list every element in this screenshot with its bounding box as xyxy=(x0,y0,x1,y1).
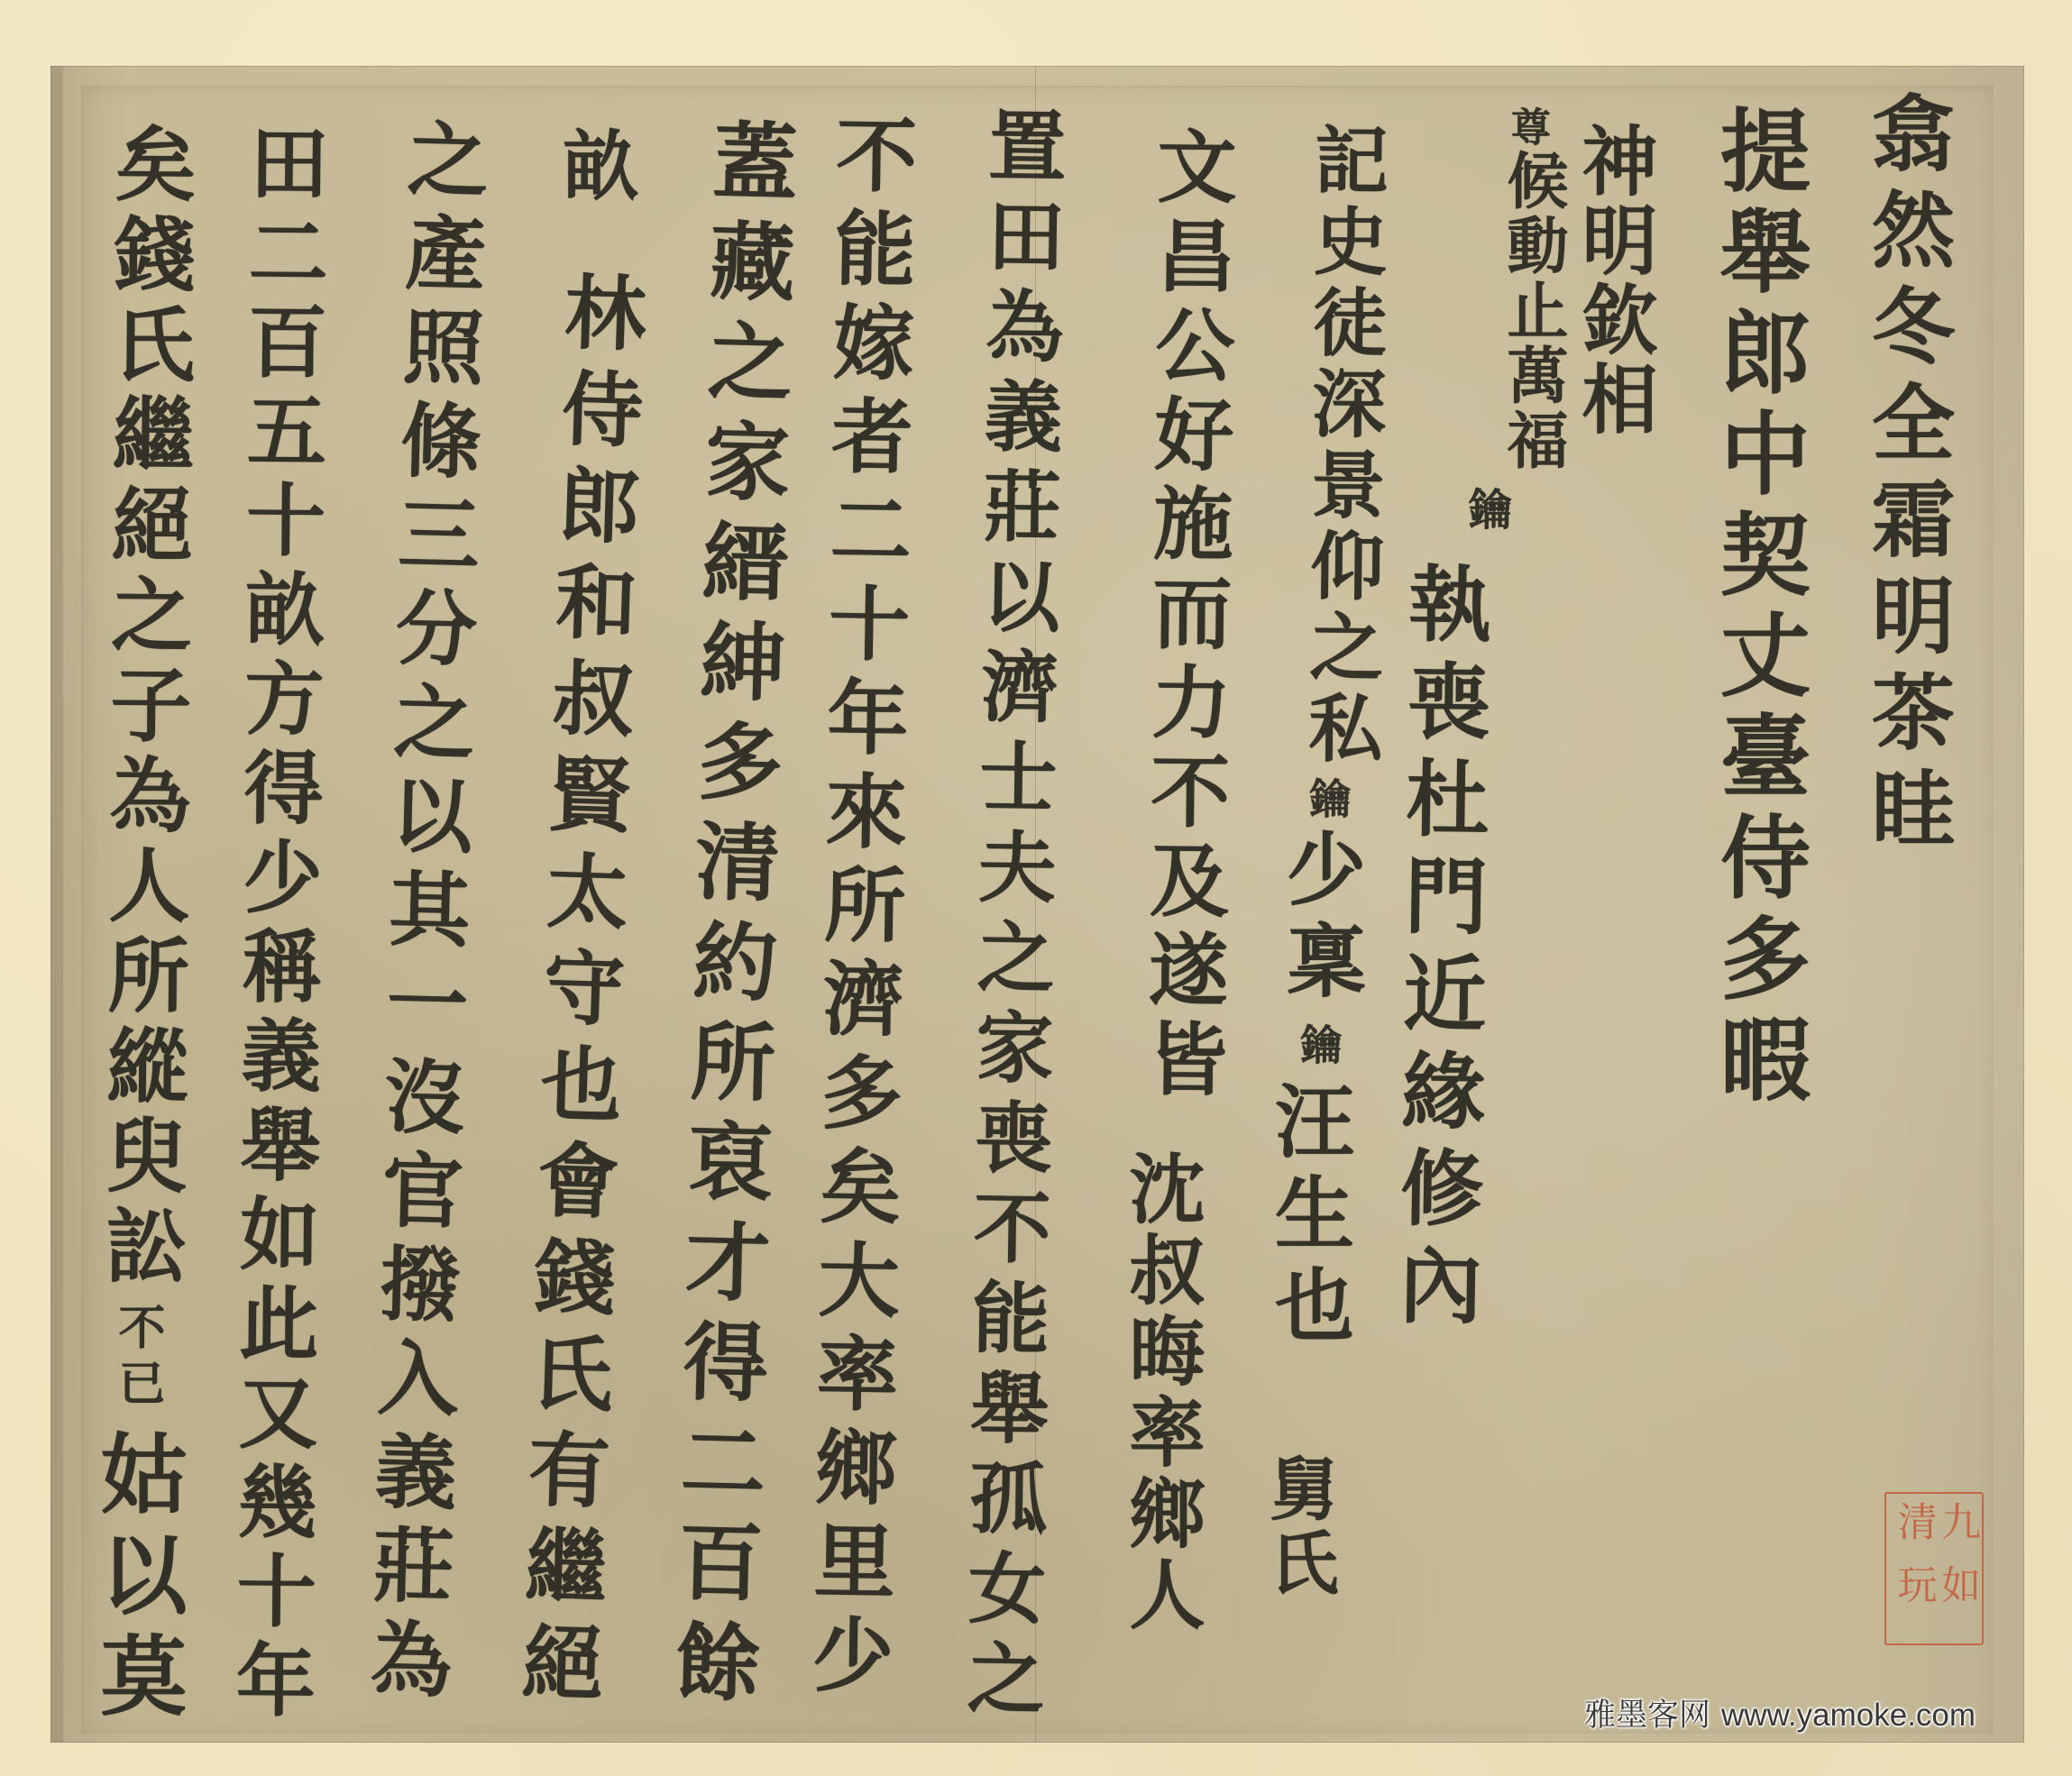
column-5-text-end: 舅氏 xyxy=(1264,1453,1333,1601)
column-2-text: 提舉郎中契丈臺侍多暇 xyxy=(1713,104,1803,1113)
column-13-text-upper: 矣錢氏繼絕之子為人所縱臾訟 xyxy=(98,122,189,1295)
column-6-text-upper: 文昌公好施而力不及遂皆 xyxy=(1142,125,1232,1108)
column-3-text: 神明欽相 xyxy=(1576,122,1652,439)
column-5-text-lower: 汪生也 xyxy=(1270,1080,1349,1356)
column-5-small-name-1: 鑰 xyxy=(1306,777,1348,819)
site-watermark: 雅墨客网www.yamoke.com xyxy=(1584,1695,1976,1736)
column-6-text-lower: 沈叔晦率鄉人 xyxy=(1123,1149,1199,1636)
column-4-small-honorific: 尊 xyxy=(1507,106,1546,146)
seal-inscription: 九如清玩 xyxy=(1892,1501,1978,1636)
watermark-url: www.yamoke.com xyxy=(1721,1698,1976,1733)
column-1-text: 翕然冬全霜明茶眭 xyxy=(1866,90,1948,862)
column-10-text-top: 畝 xyxy=(557,126,633,202)
red-collector-seal: 九如清玩 xyxy=(1884,1492,1984,1645)
column-13-text-lower: 姑以莫 xyxy=(94,1429,180,1732)
watermark-site-name: 雅墨客网 xyxy=(1584,1698,1710,1733)
paper-edge-strip xyxy=(50,66,63,1743)
column-4-text-lower: 執喪杜門近緣修內 xyxy=(1392,560,1486,1340)
column-13-small-text: 不已 xyxy=(114,1303,160,1414)
column-4-small-name: 鑰 xyxy=(1464,487,1508,530)
column-8-text: 不能嫁者二十年來所濟多矣大率鄉里少 xyxy=(804,112,911,1707)
column-4-text-upper: 候動止萬福 xyxy=(1502,149,1563,473)
column-5-text-upper: 記史徒深景仰之私 xyxy=(1302,122,1383,772)
column-5-text-middle: 少稟 xyxy=(1281,828,1361,1012)
column-12-text: 田二百五十畝方得少稱義舉如此又幾十年 xyxy=(230,122,324,1729)
column-5-small-name-2: 鑰 xyxy=(1297,1023,1339,1065)
column-7-text: 置田為義莊以濟士夫之家喪不能舉孤女之 xyxy=(959,105,1059,1728)
